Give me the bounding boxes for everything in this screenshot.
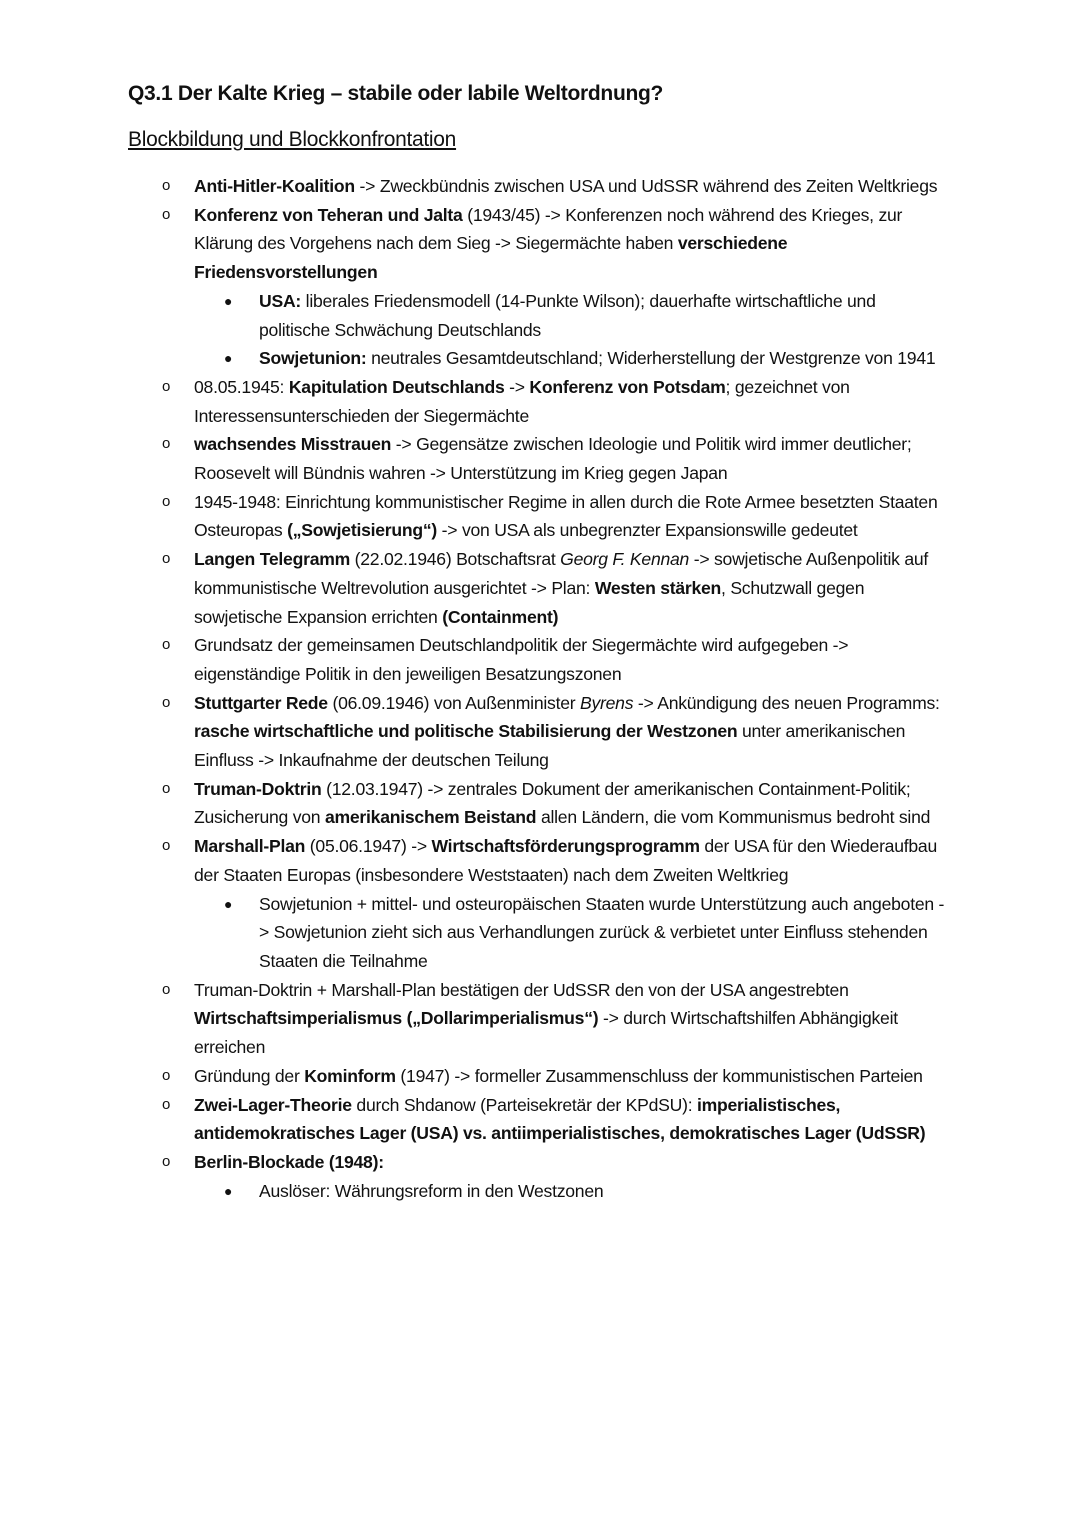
bold-text: Anti-Hitler-Koalition [194, 176, 355, 196]
list-item-text: wachsendes Misstrauen -> Gegensätze zwis… [194, 434, 912, 483]
bold-text: Konferenz von Potsdam [529, 377, 725, 397]
sub-bullet-list: ●USA: liberales Friedensmodell (14-Punkt… [194, 287, 954, 373]
bold-text: Marshall-Plan [194, 836, 305, 856]
bold-text: Kapitulation Deutschlands [289, 377, 505, 397]
hollow-circle-bullet-icon: o [162, 172, 170, 201]
bold-text: Langen Telegramm [194, 549, 350, 569]
sub-list-item-text: Sowjetunion + mittel- und osteuropäische… [259, 894, 944, 971]
list-item-text: Zwei-Lager-Theorie durch Shdanow (Partei… [194, 1095, 925, 1144]
bold-text: Wirtschaftsförderungsprogramm [431, 836, 699, 856]
text-run: (06.09.1946) von Außenminister [328, 693, 580, 713]
text-run: -> [505, 377, 530, 397]
list-item: oBerlin-Blockade (1948):●Auslöser: Währu… [0, 1148, 954, 1205]
filled-dot-bullet-icon: ● [224, 890, 232, 919]
bold-text: („Sowjetisierung“) [287, 520, 437, 540]
text-run: -> von USA als unbegrenzter Expansionswi… [437, 520, 858, 540]
sub-list-item-text: Auslöser: Währungsreform in den Westzone… [259, 1181, 603, 1201]
list-item: o1945-1948: Einrichtung kommunistischer … [0, 488, 954, 545]
bold-text: Konferenz von Teheran und Jalta [194, 205, 463, 225]
list-item: oStuttgarter Rede (06.09.1946) von Außen… [0, 689, 954, 775]
hollow-circle-bullet-icon: o [162, 430, 170, 459]
bold-text: Truman-Doktrin [194, 779, 321, 799]
hollow-circle-bullet-icon: o [162, 689, 170, 718]
text-run: Gründung der [194, 1066, 304, 1086]
bold-text: Berlin-Blockade (1948): [194, 1152, 384, 1172]
filled-dot-bullet-icon: ● [224, 344, 232, 373]
text-run: neutrales Gesamtdeutschland; Widerherste… [366, 348, 935, 368]
bold-text: Kominform [304, 1066, 396, 1086]
list-item-text: Grundsatz der gemeinsamen Deutschlandpol… [194, 635, 848, 684]
text-run: Truman-Doktrin + Marshall-Plan bestätige… [194, 980, 849, 1000]
sub-list-item: ●Auslöser: Währungsreform in den Westzon… [194, 1177, 949, 1206]
list-item-text: Berlin-Blockade (1948): [194, 1152, 384, 1172]
list-item-text: Konferenz von Teheran und Jalta (1943/45… [194, 205, 902, 282]
list-item-text: Marshall-Plan (05.06.1947) -> Wirtschaft… [194, 836, 937, 885]
hollow-circle-bullet-icon: o [162, 373, 170, 402]
hollow-circle-bullet-icon: o [162, 488, 170, 517]
text-run: -> Zweckbündnis zwischen USA und UdSSR w… [355, 176, 937, 196]
text-run: liberales Friedensmodell (14-Punkte Wils… [259, 291, 876, 340]
list-item: o08.05.1945: Kapitulation Deutschlands -… [0, 373, 954, 430]
hollow-circle-bullet-icon: o [162, 631, 170, 660]
text-run: 08.05.1945: [194, 377, 289, 397]
list-item-text: Truman-Doktrin (12.03.1947) -> zentrales… [194, 779, 930, 828]
section-heading: Blockbildung und Blockkonfrontation [128, 128, 456, 152]
bold-text: Westen stärken [595, 578, 721, 598]
hollow-circle-bullet-icon: o [162, 1091, 170, 1120]
bold-text: rasche wirtschaftliche und politische St… [194, 721, 737, 741]
text-run: allen Ländern, die vom Kommunismus bedro… [536, 807, 930, 827]
list-item-text: Langen Telegramm (22.02.1946) Botschafts… [194, 549, 928, 626]
filled-dot-bullet-icon: ● [224, 287, 232, 316]
list-item: oKonferenz von Teheran und Jalta (1943/4… [0, 201, 954, 373]
document-page: Q3.1 Der Kalte Krieg – stabile oder labi… [0, 0, 1080, 1527]
bold-text: Sowjetunion: [259, 348, 366, 368]
bold-text: Stuttgarter Rede [194, 693, 328, 713]
text-run: (1947) -> formeller Zusammenschluss der … [396, 1066, 923, 1086]
sub-list-item-text: USA: liberales Friedensmodell (14-Punkte… [259, 291, 876, 340]
sub-list-item: ●Sowjetunion: neutrales Gesamtdeutschlan… [194, 344, 949, 373]
text-run: Grundsatz der gemeinsamen Deutschlandpol… [194, 635, 848, 684]
bold-text: USA: [259, 291, 301, 311]
italic-text: Georg F. Kennan [560, 549, 689, 569]
sub-bullet-list: ●Sowjetunion + mittel- und osteuropäisch… [194, 890, 954, 976]
list-item-text: Truman-Doktrin + Marshall-Plan bestätige… [194, 980, 898, 1057]
sub-list-item: ●Sowjetunion + mittel- und osteuropäisch… [194, 890, 949, 976]
list-item: oTruman-Doktrin + Marshall-Plan bestätig… [0, 976, 954, 1062]
text-run: Auslöser: Währungsreform in den Westzone… [259, 1181, 603, 1201]
bullet-list: oAnti-Hitler-Koalition -> Zweckbündnis z… [0, 172, 1080, 1205]
list-item: oAnti-Hitler-Koalition -> Zweckbündnis z… [0, 172, 954, 201]
text-run: durch Shdanow (Parteisekretär der KPdSU)… [352, 1095, 697, 1115]
text-run: (05.06.1947) -> [305, 836, 431, 856]
list-item: oTruman-Doktrin (12.03.1947) -> zentrale… [0, 775, 954, 832]
text-run: -> Ankündigung des neuen Programms: [633, 693, 939, 713]
sub-list-item-text: Sowjetunion: neutrales Gesamtdeutschland… [259, 348, 935, 368]
hollow-circle-bullet-icon: o [162, 201, 170, 230]
list-item-text: Stuttgarter Rede (06.09.1946) von Außenm… [194, 693, 940, 770]
hollow-circle-bullet-icon: o [162, 545, 170, 574]
hollow-circle-bullet-icon: o [162, 976, 170, 1005]
list-item: oMarshall-Plan (05.06.1947) -> Wirtschaf… [0, 832, 954, 976]
text-run: Sowjetunion + mittel- und osteuropäische… [259, 894, 944, 971]
text-run: (22.02.1946) Botschaftsrat [350, 549, 560, 569]
italic-text: Byrens [580, 693, 633, 713]
bold-text: wachsendes Misstrauen [194, 434, 391, 454]
bold-text: amerikanischem Beistand [325, 807, 536, 827]
hollow-circle-bullet-icon: o [162, 1062, 170, 1091]
sub-list-item: ●USA: liberales Friedensmodell (14-Punkt… [194, 287, 949, 344]
bold-text: Wirtschaftsimperialismus („Dollarimperia… [194, 1008, 598, 1028]
list-item-text: Gründung der Kominform (1947) -> formell… [194, 1066, 923, 1086]
list-item: oGrundsatz der gemeinsamen Deutschlandpo… [0, 631, 954, 688]
bold-text: (Containment) [442, 607, 558, 627]
list-item: oLangen Telegramm (22.02.1946) Botschaft… [0, 545, 954, 631]
document-title: Q3.1 Der Kalte Krieg – stabile oder labi… [128, 82, 663, 106]
list-item-text: Anti-Hitler-Koalition -> Zweckbündnis zw… [194, 176, 937, 196]
list-item: oZwei-Lager-Theorie durch Shdanow (Parte… [0, 1091, 954, 1148]
hollow-circle-bullet-icon: o [162, 832, 170, 861]
bold-text: Zwei-Lager-Theorie [194, 1095, 352, 1115]
list-item-text: 1945-1948: Einrichtung kommunistischer R… [194, 492, 938, 541]
filled-dot-bullet-icon: ● [224, 1177, 232, 1206]
sub-bullet-list: ●Auslöser: Währungsreform in den Westzon… [194, 1177, 954, 1206]
hollow-circle-bullet-icon: o [162, 1148, 170, 1177]
hollow-circle-bullet-icon: o [162, 775, 170, 804]
list-item-text: 08.05.1945: Kapitulation Deutschlands ->… [194, 377, 850, 426]
list-item: oGründung der Kominform (1947) -> formel… [0, 1062, 954, 1091]
list-item: owachsendes Misstrauen -> Gegensätze zwi… [0, 430, 954, 487]
